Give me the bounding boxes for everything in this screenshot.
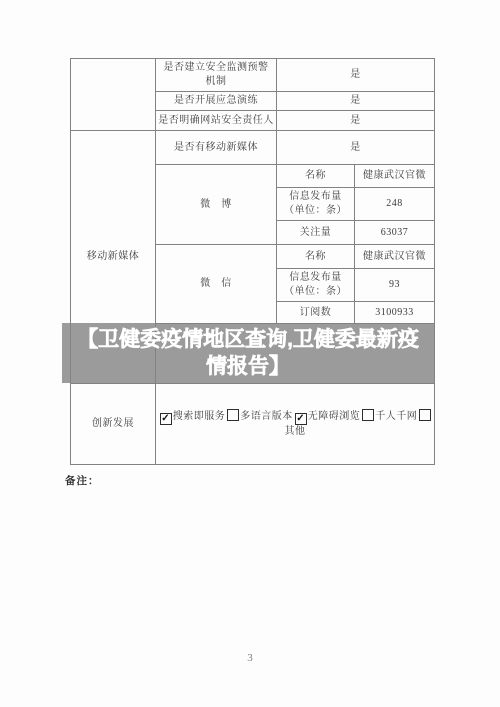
wechat-posts-value-cell: 93 <box>355 269 435 302</box>
document-page: 是否建立安全监测预警 机制 是 是否开展应急演练 是 是否明确网站安全责任人 是… <box>0 0 500 707</box>
weibo-posts-value-cell: 248 <box>355 188 435 221</box>
checkbox-checked-icon: ✓ <box>160 413 172 425</box>
overlay-title: 【卫健委疫情地区查询,卫健委最新疫 情报告】 <box>64 326 432 380</box>
table-cell-category-empty <box>71 59 156 131</box>
checkbox-label: 多语言版本 <box>240 411 293 422</box>
wechat-posts-label-cell: 信息发布量 （单位：条） <box>277 269 355 302</box>
innovation-category-cell: 创新发展 <box>71 384 156 465</box>
overlay-title-line2: 情报告】 <box>64 353 432 380</box>
page-number: 3 <box>0 652 500 664</box>
weibo-name-label-cell: 名称 <box>277 165 355 188</box>
checkbox-label: 其他 <box>285 426 306 437</box>
weibo-group-cell: 微 博 <box>156 165 277 245</box>
checkbox-label: 搜索即服务 <box>173 411 226 422</box>
wechat-group-cell: 微 信 <box>156 245 277 324</box>
checkbox-label: 千人千网 <box>375 411 417 422</box>
report-table: 是否建立安全监测预警 机制 是 是否开展应急演练 是 是否明确网站安全责任人 是… <box>70 58 435 465</box>
drill-value-cell: 是 <box>277 92 435 111</box>
weibo-posts-label-cell: 信息发布量 （单位：条） <box>277 188 355 221</box>
has-mobile-value-cell: 是 <box>277 131 435 165</box>
overlay-title-line1: 【卫健委疫情地区查询,卫健委最新疫 <box>64 326 432 353</box>
owner-value-cell: 是 <box>277 111 435 131</box>
innovation-options: ✓搜索即服务多语言版本✓无障碍浏览千人千网其他 <box>156 384 435 465</box>
drill-label-cell: 是否开展应急演练 <box>156 92 277 111</box>
monitor-label-cell: 是否建立安全监测预警 机制 <box>156 59 277 92</box>
wechat-name-value-cell: 健康武汉官微 <box>355 245 435 269</box>
wechat-subscribers-value-cell: 3100933 <box>355 302 435 324</box>
table-row: 移动新媒体 是否有移动新媒体 是 <box>71 131 435 165</box>
weibo-followers-value-cell: 63037 <box>355 221 435 245</box>
checkbox-unchecked-icon <box>419 409 431 421</box>
checkbox-unchecked-icon <box>227 409 239 421</box>
table-row: 创新发展 ✓搜索即服务多语言版本✓无障碍浏览千人千网其他 <box>71 384 435 465</box>
has-mobile-label-cell: 是否有移动新媒体 <box>156 131 277 165</box>
owner-label-cell: 是否明确网站安全责任人 <box>156 111 277 131</box>
weibo-name-value-cell: 健康武汉官微 <box>355 165 435 188</box>
checkbox-label: 无障碍浏览 <box>308 411 361 422</box>
table-row: 是否建立安全监测预警 机制 是 <box>71 59 435 92</box>
notes-label: 备注： <box>65 473 100 488</box>
wechat-subscribers-label-cell: 订阅数 <box>277 302 355 324</box>
wechat-name-label-cell: 名称 <box>277 245 355 269</box>
monitor-value-cell: 是 <box>277 59 435 92</box>
weibo-followers-label-cell: 关注量 <box>277 221 355 245</box>
checkbox-checked-icon: ✓ <box>295 413 307 425</box>
checkbox-unchecked-icon <box>362 409 374 421</box>
